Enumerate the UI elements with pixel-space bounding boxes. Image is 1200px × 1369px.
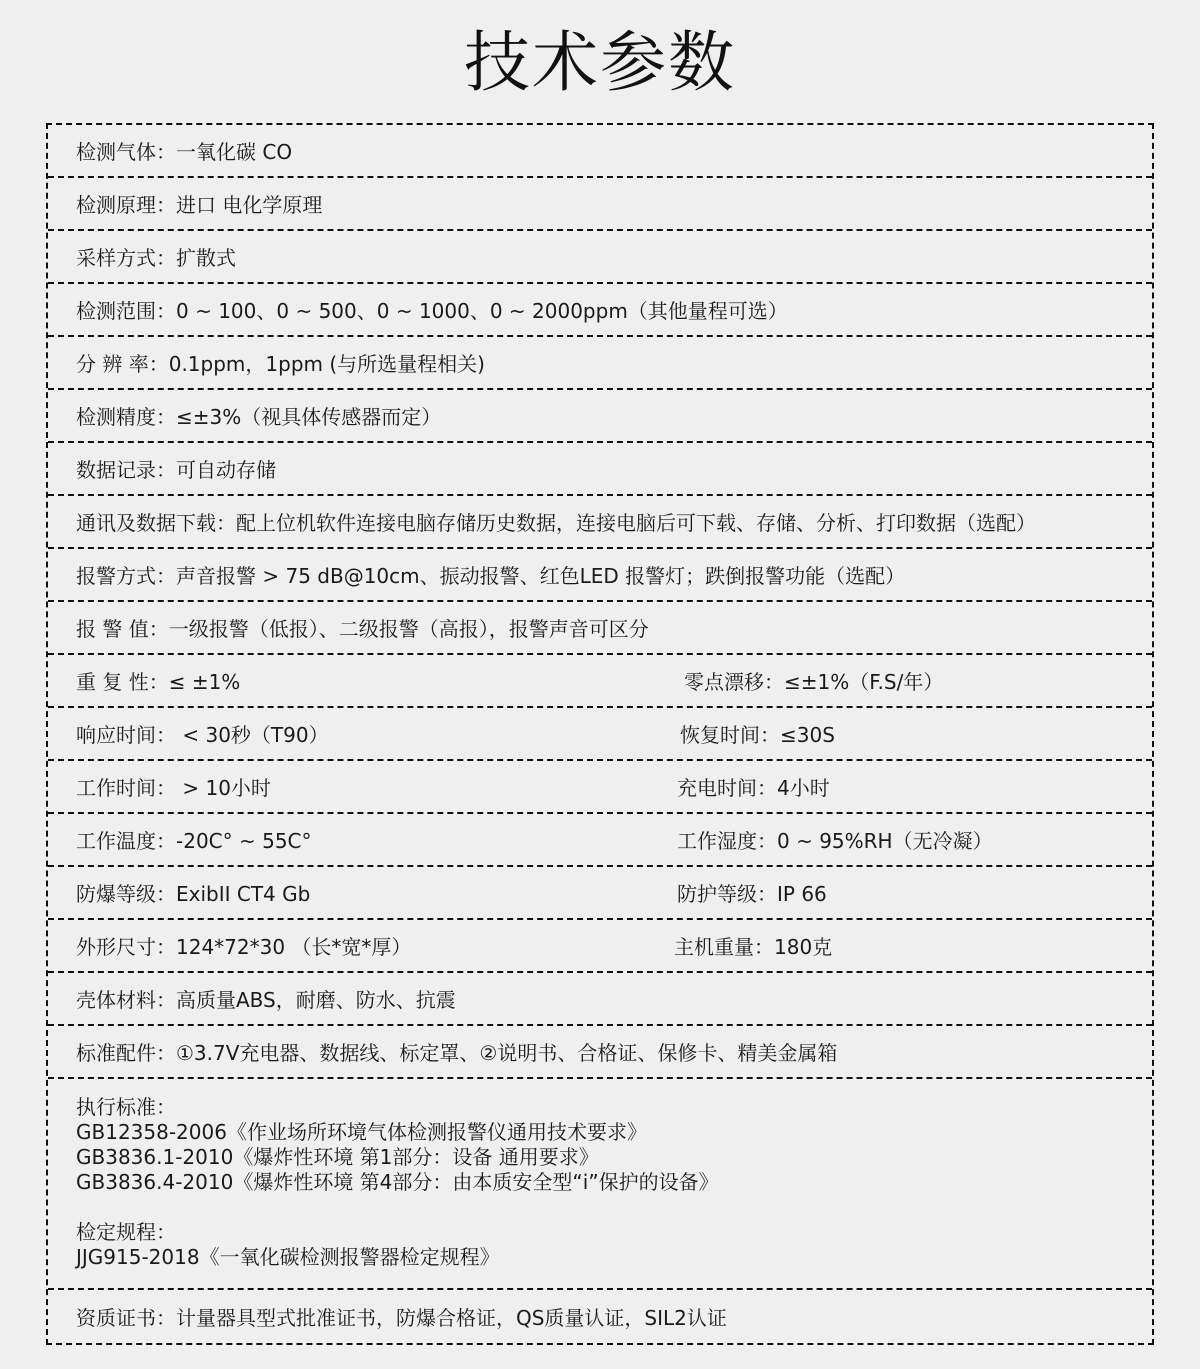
spec-text: 采样方式：扩散式 [76, 242, 236, 271]
spec-row-range: 检测范围：0 ~ 100、0 ~ 500、0 ~ 1000、0 ~ 2000pp… [48, 284, 1152, 337]
spec-text-right: 恢复时间：≤30S [680, 708, 835, 759]
spec-text-left: 重 复 性：≤ ±1% [76, 666, 240, 695]
spec-text-right: 工作湿度：0 ~ 95%RH（无冷凝） [677, 814, 993, 865]
spec-row-datalog: 数据记录：可自动存储 [48, 443, 1152, 496]
spec-text-left: 工作时间： > 10小时 [76, 772, 271, 801]
spec-row-explosion-proof: 防爆等级：ExibII CT4 Gb 防护等级：IP 66 [48, 867, 1152, 920]
spec-text: 壳体材料：高质量ABS，耐磨、防水、抗震 [76, 984, 456, 1013]
spec-text-left: 外形尺寸：124*72*30 （长*宽*厚） [76, 931, 411, 960]
spec-row-housing: 壳体材料：高质量ABS，耐磨、防水、抗震 [48, 973, 1152, 1026]
spec-text-left: 防爆等级：ExibII CT4 Gb [76, 878, 310, 907]
spec-row-sampling: 采样方式：扩散式 [48, 231, 1152, 284]
standards-heading: 执行标准： [76, 1095, 176, 1120]
spec-text-left: 工作温度：-20C° ~ 55C° [76, 825, 312, 854]
spec-text: 数据记录：可自动存储 [76, 454, 276, 483]
spec-text: 检测范围：0 ~ 100、0 ~ 500、0 ~ 1000、0 ~ 2000pp… [76, 295, 788, 324]
spec-row-temperature: 工作温度：-20C° ~ 55C° 工作湿度：0 ~ 95%RH（无冷凝） [48, 814, 1152, 867]
spec-row-alarm-mode: 报警方式：声音报警 > 75 dB@10cm、振动报警、红色LED 报警灯；跌倒… [48, 549, 1152, 602]
standard-item: GB3836.4-2010《爆炸性环境 第4部分：由本质安全型“i”保护的设备》 [76, 1170, 719, 1195]
spec-row-alarm-value: 报 警 值：一级报警（低报）、二级报警（高报），报警声音可区分 [48, 602, 1152, 655]
spec-row-certificates: 资质证书：计量器具型式批准证书，防爆合格证，QS质量认证，SIL2认证 [48, 1290, 1152, 1343]
spec-text: 检测气体：一氧化碳 CO [76, 136, 292, 165]
spec-row-response: 响应时间： < 30秒（T90） 恢复时间：≤30S [48, 708, 1152, 761]
spec-row-dimensions: 外形尺寸：124*72*30 （长*宽*厚） 主机重量：180克 [48, 920, 1152, 973]
spec-row-gas: 检测气体：一氧化碳 CO [48, 125, 1152, 178]
spec-text-right: 充电时间：4小时 [677, 761, 830, 812]
spec-row-principle: 检测原理：进口 电化学原理 [48, 178, 1152, 231]
spec-row-standards: 执行标准： GB12358-2006《作业场所环境气体检测报警仪通用技术要求》 … [48, 1079, 1152, 1290]
spec-text-right: 主机重量：180克 [674, 920, 832, 971]
spec-text-left: 响应时间： < 30秒（T90） [76, 719, 329, 748]
standard-item: GB12358-2006《作业场所环境气体检测报警仪通用技术要求》 [76, 1120, 647, 1145]
page-title: 技术参数 [0, 18, 1200, 108]
spec-text: 资质证书：计量器具型式批准证书，防爆合格证，QS质量认证，SIL2认证 [76, 1302, 727, 1331]
spec-row-accuracy: 检测精度：≤±3%（视具体传感器而定） [48, 390, 1152, 443]
standard-item: GB3836.1-2010《爆炸性环境 第1部分：设备 通用要求》 [76, 1145, 599, 1170]
spec-row-working-time: 工作时间： > 10小时 充电时间：4小时 [48, 761, 1152, 814]
spec-text: 通讯及数据下载：配上位机软件连接电脑存储历史数据，连接电脑后可下载、存储、分析、… [76, 507, 1036, 536]
spec-text: 检测精度：≤±3%（视具体传感器而定） [76, 401, 441, 430]
spec-text: 报 警 值：一级报警（低报）、二级报警（高报），报警声音可区分 [76, 613, 649, 642]
spec-row-resolution: 分 辨 率：0.1ppm，1ppm (与所选量程相关) [48, 337, 1152, 390]
spec-text-right: 零点漂移：≤±1%（F.S/年） [684, 655, 943, 706]
spec-row-repeatability: 重 复 性：≤ ±1% 零点漂移：≤±1%（F.S/年） [48, 655, 1152, 708]
spec-text-right: 防护等级：IP 66 [677, 867, 827, 918]
verification-item: JJG915-2018《一氧化碳检测报警器检定规程》 [76, 1245, 500, 1270]
spec-text: 检测原理：进口 电化学原理 [76, 189, 322, 218]
spec-row-accessories: 标准配件：①3.7V充电器、数据线、标定罩、②说明书、合格证、保修卡、精美金属箱 [48, 1026, 1152, 1079]
spec-row-communication: 通讯及数据下载：配上位机软件连接电脑存储历史数据，连接电脑后可下载、存储、分析、… [48, 496, 1152, 549]
spec-text: 分 辨 率：0.1ppm，1ppm (与所选量程相关) [76, 348, 485, 377]
spec-text: 报警方式：声音报警 > 75 dB@10cm、振动报警、红色LED 报警灯；跌倒… [76, 560, 905, 589]
spec-table: 检测气体：一氧化碳 CO 检测原理：进口 电化学原理 采样方式：扩散式 检测范围… [46, 123, 1154, 1345]
verification-heading: 检定规程： [76, 1220, 176, 1245]
spec-text: 标准配件：①3.7V充电器、数据线、标定罩、②说明书、合格证、保修卡、精美金属箱 [76, 1037, 837, 1066]
